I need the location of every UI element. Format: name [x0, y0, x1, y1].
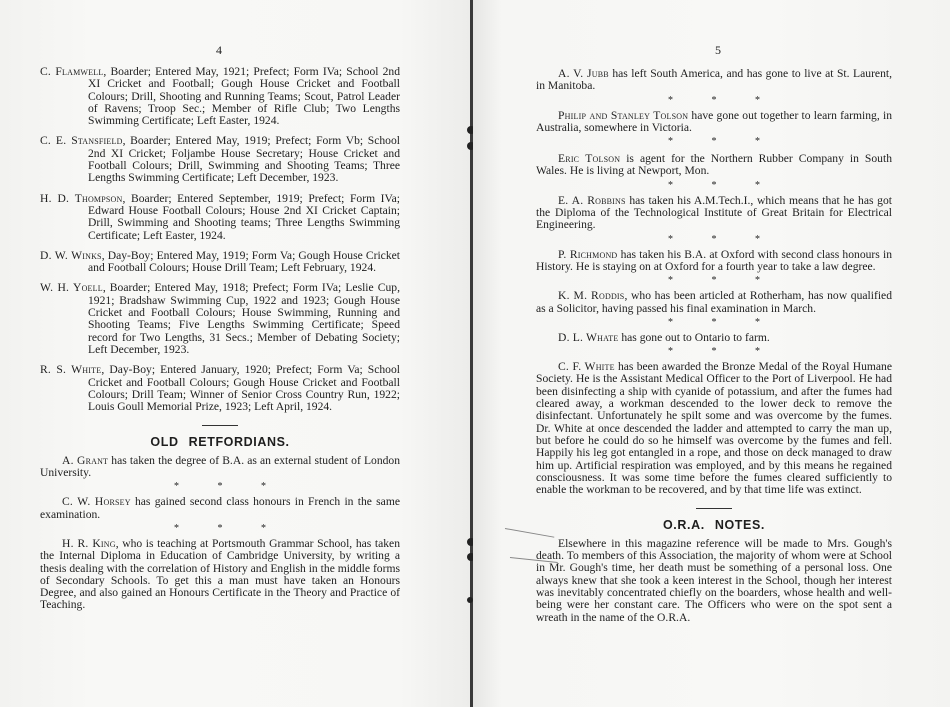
paragraph-name: Philip and Stanley Tolson — [558, 109, 688, 122]
asterism: * * * — [536, 95, 892, 106]
news-paragraph: C. F. White has been awarded the Bronze … — [536, 361, 892, 496]
paragraph-name: C. F. White — [558, 360, 615, 373]
entry-name: W. H. Yoell — [40, 281, 103, 294]
leaver-entry: C. E. Stansfield, Boarder; Entered May, … — [40, 135, 400, 184]
asterism: * * * — [536, 275, 892, 286]
page-number: 5 — [708, 43, 728, 58]
news-paragraph: E. A. Robbins has taken his A.M.Tech.I.,… — [536, 195, 892, 232]
entry-text: , Day-Boy; Entered January, 1920; Prefec… — [88, 363, 400, 413]
leaver-entry: H. D. Thompson, Boarder; Entered Septemb… — [40, 193, 400, 242]
section-heading-ora-notes: O.R.A. NOTES. — [536, 519, 892, 531]
asterism: * * * — [536, 180, 892, 191]
entry-text: , Day-Boy; Entered May, 1919; Form Va; G… — [88, 249, 400, 274]
leaver-entry: W. H. Yoell, Boarder; Entered May, 1918;… — [40, 282, 400, 356]
entry-name: R. S. White — [40, 363, 101, 376]
news-paragraph: C. W. Horsey has gained second class hon… — [40, 496, 400, 521]
right-text-block: A. V. Jubb has left South America, and h… — [536, 68, 892, 624]
entry-name: C. E. Stansfield — [40, 134, 123, 147]
paragraph-name: K. M. Roddis — [558, 289, 624, 302]
news-paragraph: Eric Tolson is agent for the Northern Ru… — [536, 153, 892, 178]
entry-text: , Boarder; Entered May, 1921; Prefect; F… — [88, 65, 400, 127]
entry-text: , Boarder; Entered September, 1919; Pref… — [88, 192, 400, 242]
section-divider — [202, 425, 238, 426]
leaver-entry: D. W. Winks, Day-Boy; Entered May, 1919;… — [40, 250, 400, 275]
news-paragraph: A. V. Jubb has left South America, and h… — [536, 68, 892, 93]
asterism: * * * — [40, 523, 400, 534]
book-spread: 4 C. Flamwell, Boarder; Entered May, 192… — [0, 0, 950, 707]
news-paragraph: K. M. Roddis, who has been articled at R… — [536, 290, 892, 315]
paragraph-name: A. Grant — [62, 454, 108, 467]
left-text-block: C. Flamwell, Boarder; Entered May, 1921;… — [40, 66, 400, 612]
news-paragraph: H. R. King, who is teaching at Portsmout… — [40, 538, 400, 612]
paragraph-name: A. V. Jubb — [558, 67, 609, 80]
asterism: * * * — [536, 136, 892, 147]
leaver-entry: C. Flamwell, Boarder; Entered May, 1921;… — [40, 66, 400, 127]
news-paragraph: P. Richmond has taken his B.A. at Oxford… — [536, 249, 892, 274]
entry-text: , Boarder; Entered May, 1919; Prefect; F… — [88, 134, 400, 184]
asterism: * * * — [536, 234, 892, 245]
paragraph-text: has gone out to Ontario to farm. — [618, 331, 769, 344]
asterism: * * * — [536, 317, 892, 328]
entry-name: C. Flamwell — [40, 65, 103, 78]
asterism: * * * — [536, 346, 892, 357]
section-heading-old-retfordians: OLD RETFORDIANS. — [40, 436, 400, 448]
entry-name: D. W. Winks — [40, 249, 102, 262]
paragraph-name: H. R. King — [62, 537, 116, 550]
news-paragraph: A. Grant has taken the degree of B.A. as… — [40, 455, 400, 480]
right-page: 5 A. V. Jubb has left South America, and… — [473, 0, 950, 707]
paragraph-name: C. W. Horsey — [62, 495, 131, 508]
paragraph-text: has been awarded the Bronze Medal of the… — [536, 360, 892, 496]
paragraph-name: D. L. Whate — [558, 331, 618, 344]
paragraph-name: Eric Tolson — [558, 152, 620, 165]
entry-name: H. D. Thompson — [40, 192, 123, 205]
news-paragraph: Philip and Stanley Tolson have gone out … — [536, 110, 892, 135]
asterism: * * * — [40, 481, 400, 492]
paragraph-name: P. Richmond — [558, 248, 617, 261]
entry-text: , Boarder; Entered May, 1918; Prefect; F… — [88, 281, 400, 355]
paragraph-name: E. A. Robbins — [558, 194, 626, 207]
ora-notes-paragraph: Elsewhere in this magazine reference wil… — [536, 538, 892, 624]
left-page: 4 C. Flamwell, Boarder; Entered May, 192… — [0, 0, 471, 707]
section-divider — [696, 508, 732, 509]
page-number: 4 — [209, 43, 229, 58]
news-paragraph: D. L. Whate has gone out to Ontario to f… — [536, 332, 892, 344]
leaver-entry: R. S. White, Day-Boy; Entered January, 1… — [40, 364, 400, 413]
